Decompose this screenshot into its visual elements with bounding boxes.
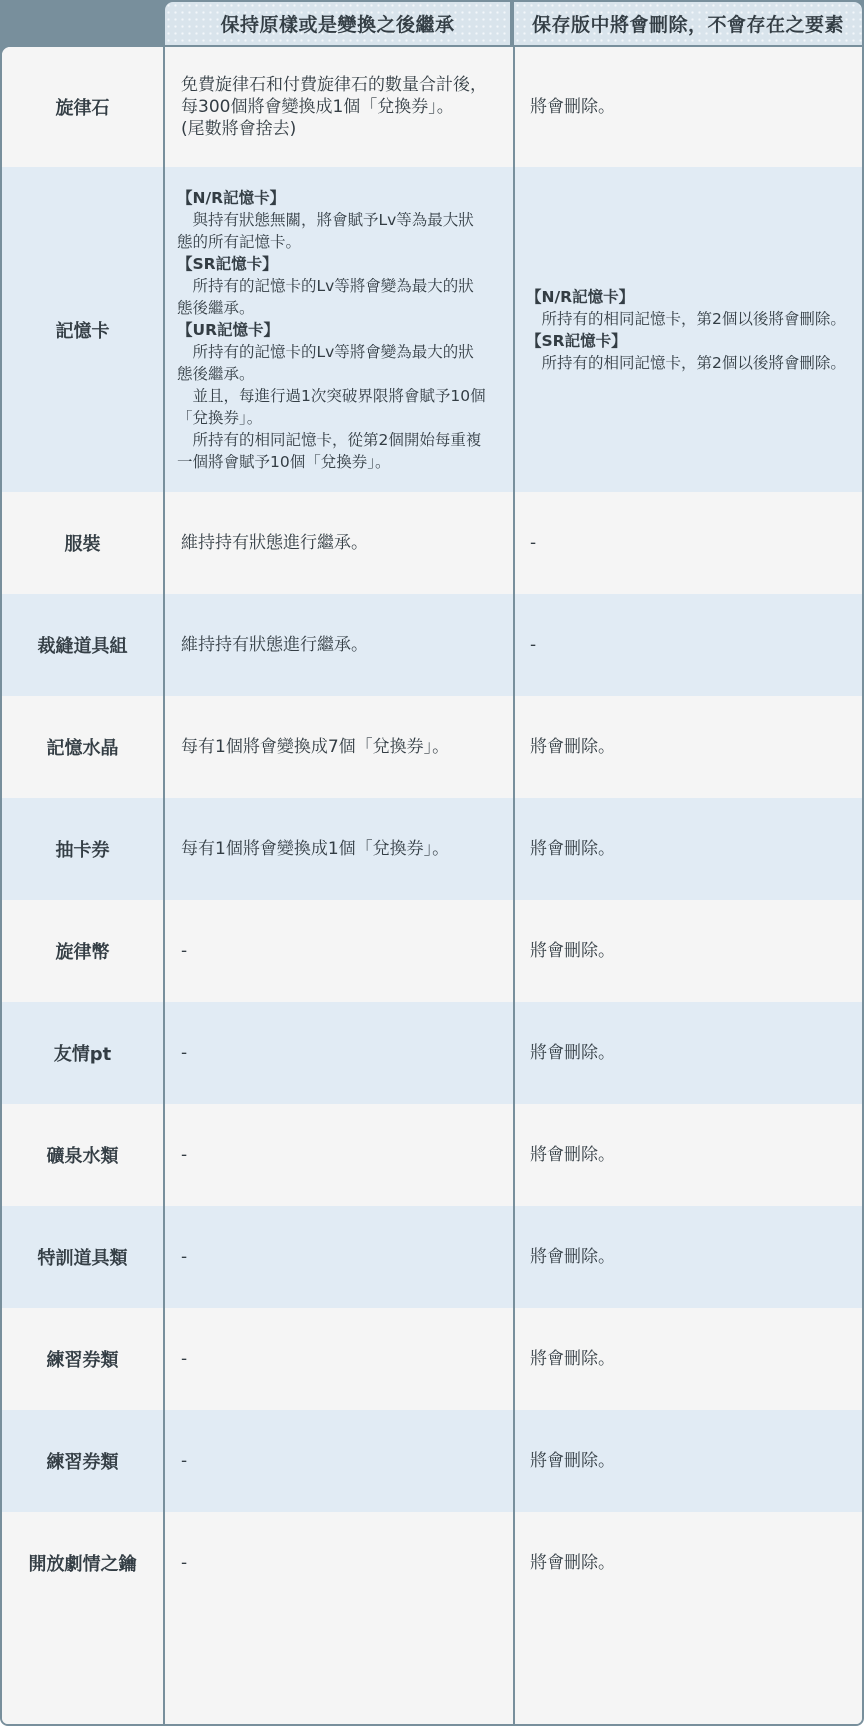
block-title: 【N/R記憶卡】 <box>526 286 846 308</box>
table-row: 旋律幣 - 將會刪除。 <box>2 900 862 1002</box>
table-row: 服裝 維持持有狀態進行繼承。 - <box>2 492 862 594</box>
item-name: 友情pt <box>2 1002 163 1104</box>
table-row: 練習券類 - 將會刪除。 <box>2 1308 862 1410</box>
keep-cell: - <box>163 1104 513 1206</box>
header-corner <box>0 0 163 47</box>
item-name: 旋律幣 <box>2 900 163 1002</box>
keep-line: 與持有狀態無關，將會賦予Lv等為最大狀 <box>177 209 486 231</box>
column-divider <box>513 47 515 1724</box>
keep-line: 「兌換券」。 <box>177 407 486 429</box>
item-name: 開放劇情之鑰 <box>2 1512 163 1614</box>
item-name: 記憶卡 <box>2 167 163 492</box>
keep-line: 態後繼承。 <box>177 363 486 385</box>
table-row: 記憶水晶 每有1個將會變換成7個「兌換券」。 將會刪除。 <box>2 696 862 798</box>
delete-cell: 將會刪除。 <box>513 1512 862 1614</box>
keep-cell: - <box>163 1308 513 1410</box>
header-keep-column: 保持原樣或是變換之後繼承 <box>165 2 510 45</box>
delete-cell: 將會刪除。 <box>513 900 862 1002</box>
block-title: 【UR記憶卡】 <box>177 319 486 341</box>
table-row: 特訓道具類 - 將會刪除。 <box>2 1206 862 1308</box>
delete-cell: 將會刪除。 <box>513 1206 862 1308</box>
table-body-frame: 旋律石 免費旋律石和付費旋律石的數量合計後， 每300個將會變換成1個「兌換券」… <box>0 47 864 1726</box>
table-row: 練習券類 - 將會刪除。 <box>2 1410 862 1512</box>
block-title: 【SR記憶卡】 <box>526 330 846 352</box>
item-name: 服裝 <box>2 492 163 594</box>
delete-cell: 【N/R記憶卡】 所持有的相同記憶卡，第2個以後將會刪除。 【SR記憶卡】 所持… <box>513 167 862 492</box>
table-row: 礦泉水類 - 將會刪除。 <box>2 1104 862 1206</box>
keep-line: 所持有的記憶卡的Lv等將會變為最大的狀 <box>177 275 486 297</box>
column-divider <box>163 47 165 1724</box>
table-row: 旋律石 免費旋律石和付費旋律石的數量合計後， 每300個將會變換成1個「兌換券」… <box>2 47 862 167</box>
keep-line: 態的所有記憶卡。 <box>177 231 486 253</box>
delete-cell: 將會刪除。 <box>513 1002 862 1104</box>
block-title: 【N/R記憶卡】 <box>177 187 486 209</box>
table-row: 裁縫道具組 維持持有狀態進行繼承。 - <box>2 594 862 696</box>
delete-cell: - <box>513 594 862 696</box>
inheritance-table: 保持原樣或是變換之後繼承 保存版中將會刪除，不會存在之要素 旋律石 免費旋律石和… <box>0 0 864 1726</box>
delete-cell: 將會刪除。 <box>513 1308 862 1410</box>
item-name: 礦泉水類 <box>2 1104 163 1206</box>
item-name: 特訓道具類 <box>2 1206 163 1308</box>
table-row: 友情pt - 將會刪除。 <box>2 1002 862 1104</box>
table-row: 開放劇情之鑰 - 將會刪除。 <box>2 1512 862 1724</box>
block-title: 【SR記憶卡】 <box>177 253 486 275</box>
keep-cell: - <box>163 1410 513 1512</box>
delete-line: 所持有的相同記憶卡，第2個以後將會刪除。 <box>526 308 846 330</box>
delete-cell: 將會刪除。 <box>513 696 862 798</box>
item-name: 抽卡券 <box>2 798 163 900</box>
keep-cell: - <box>163 1512 513 1614</box>
keep-cell: 免費旋律石和付費旋律石的數量合計後， 每300個將會變換成1個「兌換券」。 (尾… <box>163 47 513 167</box>
keep-line: 免費旋律石和付費旋律石的數量合計後， <box>181 74 487 96</box>
keep-line: 態後繼承。 <box>177 297 486 319</box>
keep-line: 所持有的相同記憶卡，從第2個開始每重複 <box>177 429 486 451</box>
keep-cell: 每有1個將會變換成1個「兌換券」。 <box>163 798 513 900</box>
keep-cell: - <box>163 1002 513 1104</box>
keep-cell: 維持持有狀態進行繼承。 <box>163 594 513 696</box>
keep-cell: 【N/R記憶卡】 與持有狀態無關，將會賦予Lv等為最大狀 態的所有記憶卡。 【S… <box>163 167 513 492</box>
keep-cell: 維持持有狀態進行繼承。 <box>163 492 513 594</box>
delete-cell: 將會刪除。 <box>513 47 862 167</box>
delete-cell: 將會刪除。 <box>513 1410 862 1512</box>
keep-line: 每300個將會變換成1個「兌換券」。 <box>181 96 487 118</box>
item-name: 記憶水晶 <box>2 696 163 798</box>
table-row: 記憶卡 【N/R記憶卡】 與持有狀態無關，將會賦予Lv等為最大狀 態的所有記憶卡… <box>2 167 862 492</box>
delete-cell: 將會刪除。 <box>513 1104 862 1206</box>
item-name: 裁縫道具組 <box>2 594 163 696</box>
delete-cell: 將會刪除。 <box>513 798 862 900</box>
keep-line: 所持有的記憶卡的Lv等將會變為最大的狀 <box>177 341 486 363</box>
keep-line: 一個將會賦予10個「兌換券」。 <box>177 451 486 473</box>
header-delete-column: 保存版中將會刪除，不會存在之要素 <box>514 2 862 45</box>
delete-line: 所持有的相同記憶卡，第2個以後將會刪除。 <box>526 352 846 374</box>
item-name: 旋律石 <box>2 47 163 167</box>
table-row: 抽卡券 每有1個將會變換成1個「兌換券」。 將會刪除。 <box>2 798 862 900</box>
keep-cell: - <box>163 1206 513 1308</box>
keep-line: 並且，每進行過1次突破界限將會賦予10個 <box>177 385 486 407</box>
keep-cell: 每有1個將會變換成7個「兌換券」。 <box>163 696 513 798</box>
delete-cell: - <box>513 492 862 594</box>
item-name: 練習券類 <box>2 1410 163 1512</box>
keep-line: (尾數將會捨去) <box>181 118 487 140</box>
item-name: 練習券類 <box>2 1308 163 1410</box>
keep-cell: - <box>163 900 513 1002</box>
